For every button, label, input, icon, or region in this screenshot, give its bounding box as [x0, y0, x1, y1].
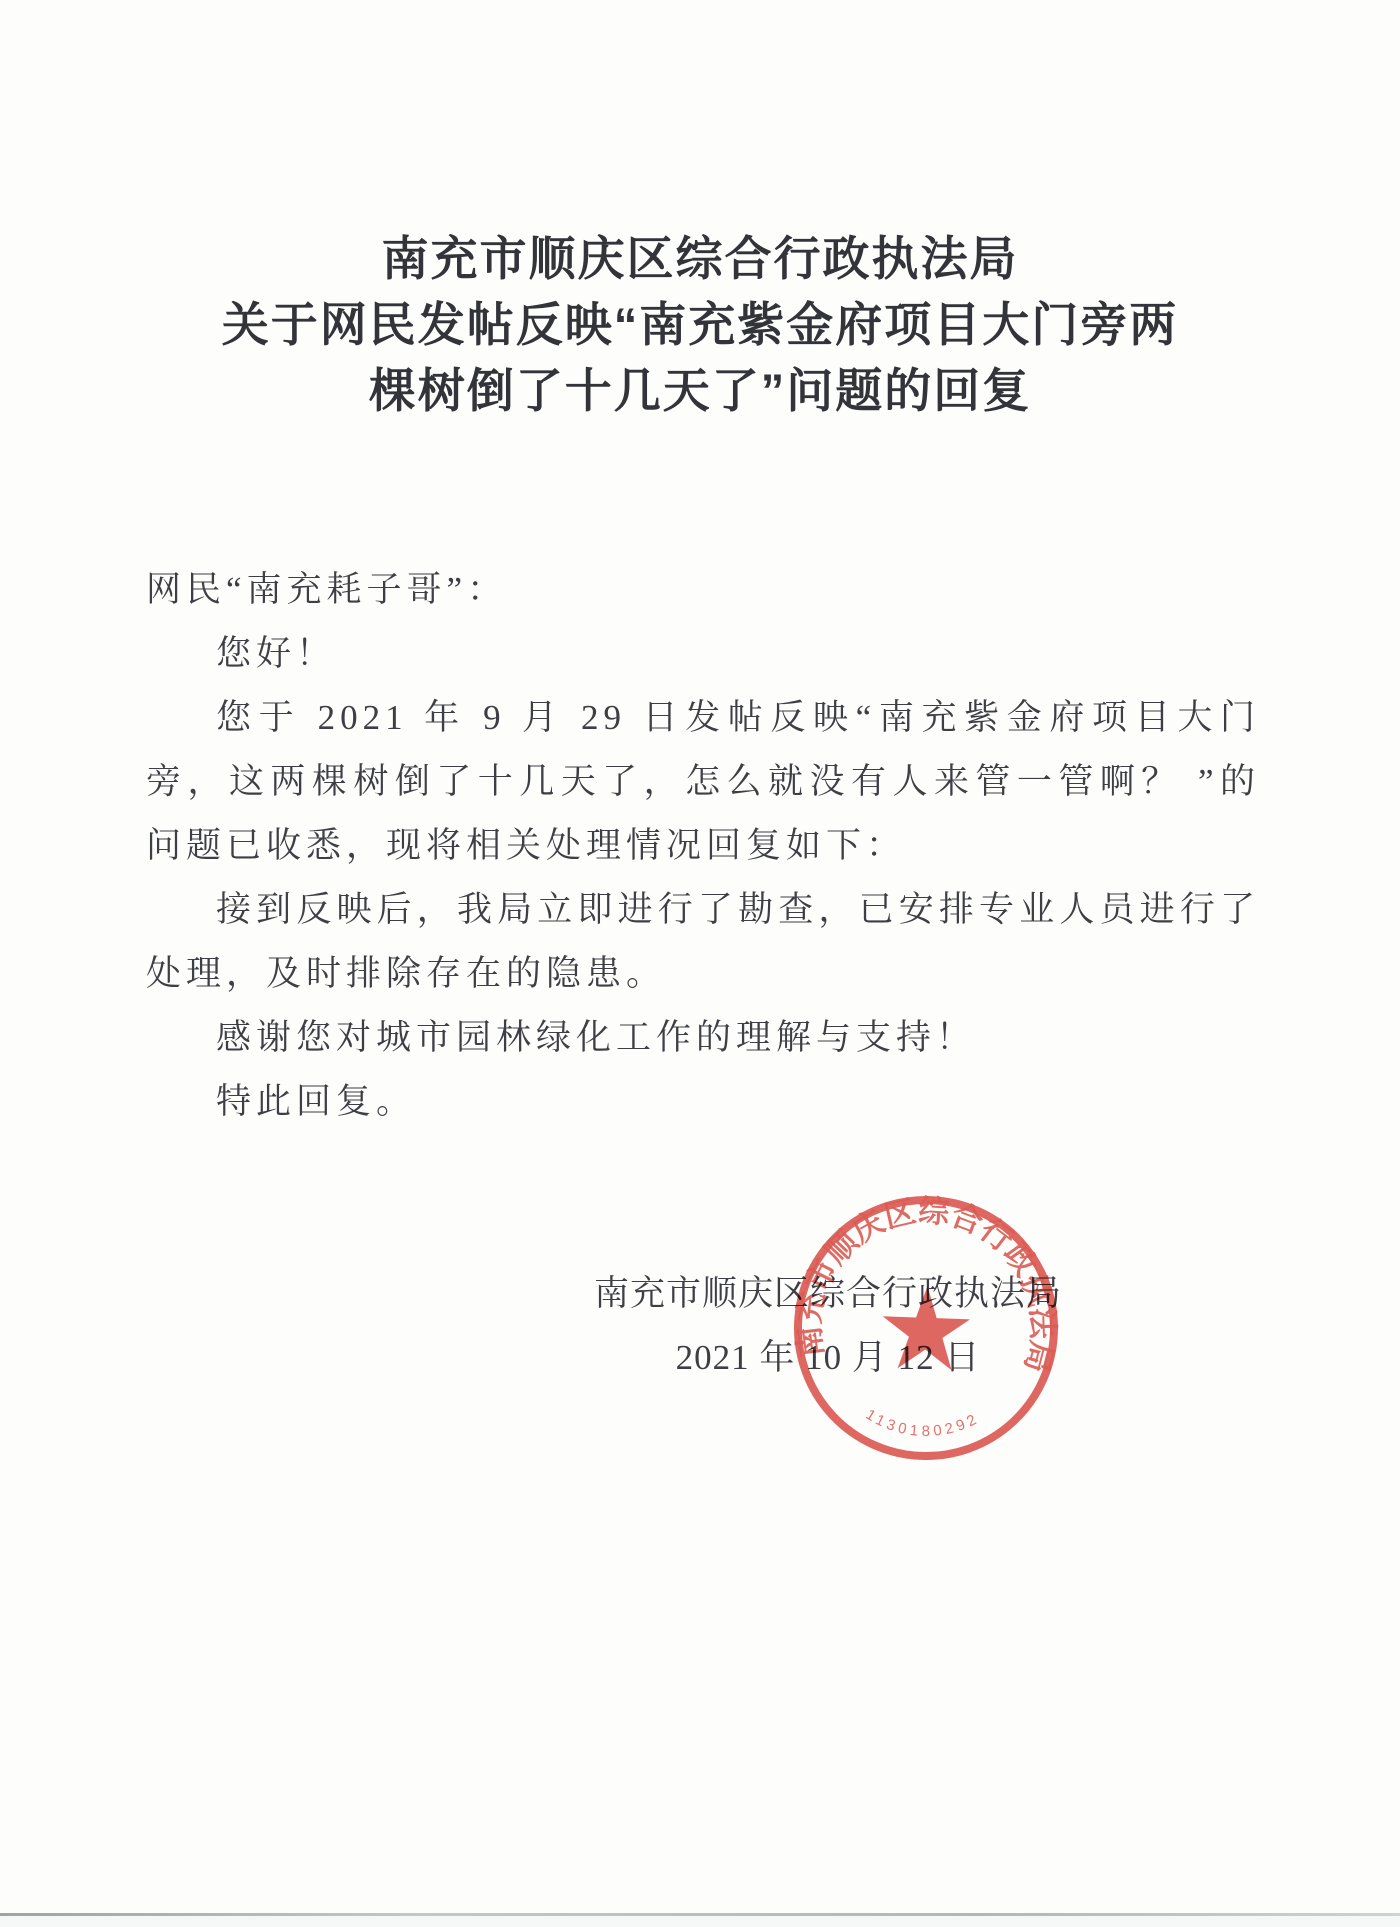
title-line-1: 南充市顺庆区综合行政执法局: [0, 226, 1400, 292]
letter-body: 网民“南充耗子哥”： 您好！ 您于 2021 年 9 月 29 日发帖反映“南充…: [146, 558, 1260, 1134]
signature-agency: 南充市顺庆区综合行政执法局: [594, 1262, 1062, 1326]
title-line-2: 关于网民发帖反映“南充紫金府项目大门旁两: [0, 292, 1400, 358]
salutation: 网民“南充耗子哥”：: [146, 558, 1260, 622]
scanned-letter-page: 南充市顺庆区综合行政执法局 关于网民发帖反映“南充紫金府项目大门旁两 棵树倒了十…: [0, 0, 1400, 1927]
scan-strip: [0, 1916, 1400, 1927]
greeting: 您好！: [146, 622, 1260, 686]
paragraph-handling: 接到反映后，我局立即进行了勘查，已安排专业人员进行了处理，及时排除存在的隐患。: [146, 878, 1260, 1006]
title-line-3: 棵树倒了十几天了”问题的回复: [0, 358, 1400, 424]
paragraph-issue: 您于 2021 年 9 月 29 日发帖反映“南充紫金府项目大门旁，这两棵树倒了…: [146, 686, 1260, 878]
document-title: 南充市顺庆区综合行政执法局 关于网民发帖反映“南充紫金府项目大门旁两 棵树倒了十…: [0, 226, 1400, 424]
paragraph-thanks: 感谢您对城市园林绿化工作的理解与支持！: [146, 1006, 1260, 1070]
signature-date: 2021 年 10 月 12 日: [594, 1326, 1062, 1390]
paragraph-closing: 特此回复。: [146, 1070, 1260, 1134]
seal-code: 1130180292: [862, 1406, 983, 1442]
signature-block: 南充市顺庆区综合行政执法局 2021 年 10 月 12 日: [594, 1262, 1062, 1390]
